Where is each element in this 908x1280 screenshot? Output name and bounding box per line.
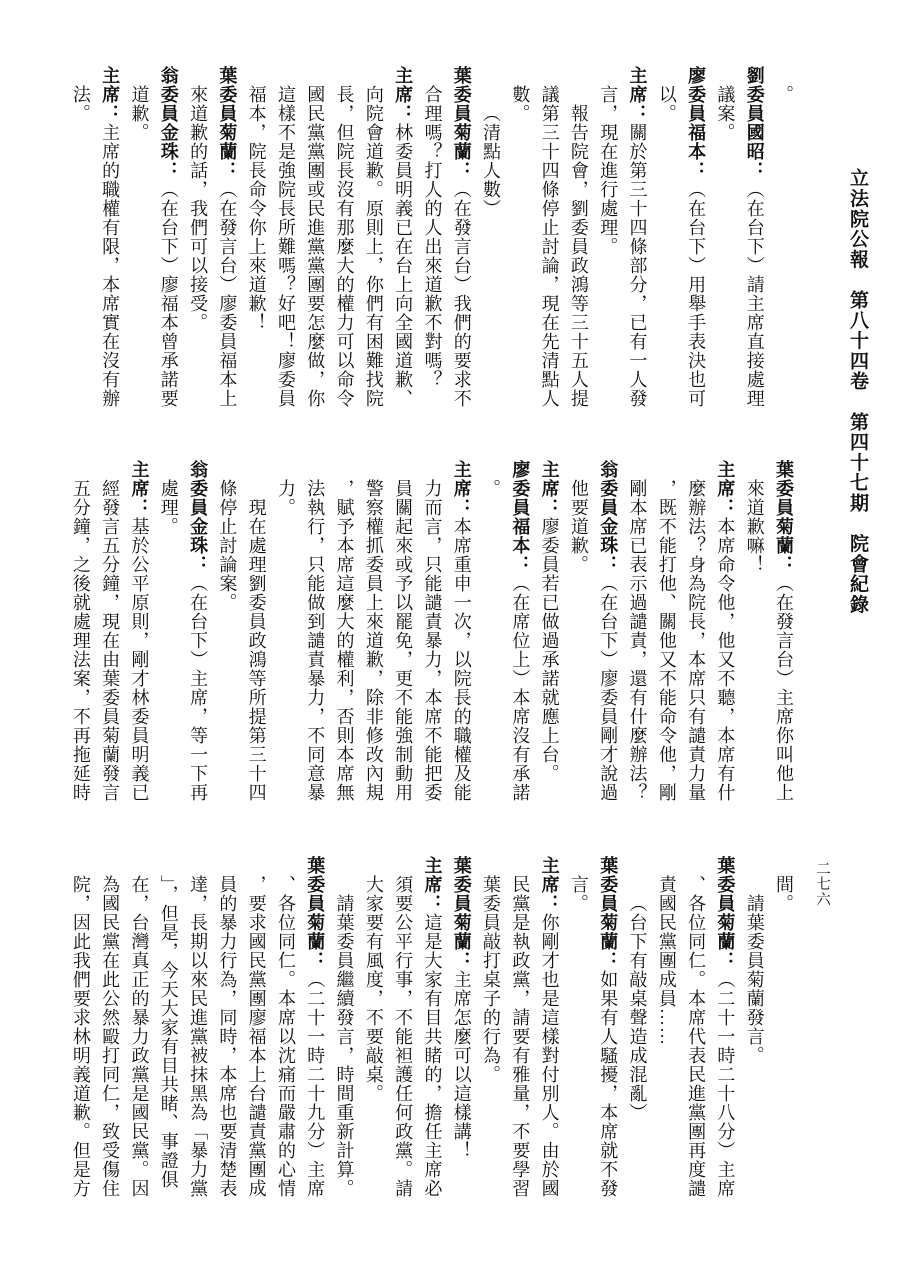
text-column: 翁委員金珠：（在台下）主席，等一下再	[183, 460, 212, 808]
speaker-name: 葉委員菊蘭：	[452, 856, 472, 970]
text-column: 五分鐘，之後就處理法案，不再拖延時	[66, 460, 95, 827]
text-column: 力而言，只能譴責暴力，本席不能把委	[417, 460, 446, 827]
text-column: 葉委員菊蘭：如果有人騷擾，本席就不發	[593, 856, 622, 1204]
text-column: 廖委員福本：（在台下）用舉手表決也可	[681, 66, 710, 414]
text-column: 處理。	[153, 460, 182, 827]
speaker-name: 廖委員福本：	[510, 460, 530, 574]
text-column: 主席：林委員明義已在台上向全國道歉、	[388, 66, 417, 414]
text-column: 。	[769, 66, 798, 433]
text-column: 葉委員菊蘭：（二十一時二十八分）主席	[710, 856, 739, 1204]
text-column: 法。	[66, 66, 95, 433]
speaker-name: 主席：	[628, 66, 648, 123]
text-column: 言，現在進行處理。	[593, 66, 622, 433]
text-column: 麼辦法？身為院長，本席只有譴責力量	[681, 460, 710, 827]
speaker-name: 葉委員菊蘭：	[217, 66, 237, 180]
text-column: 劉委員國昭：（在台下）請主席直接處理	[739, 66, 768, 414]
text-column: 在，台灣真正的暴力政黨是國民黨。因	[124, 856, 153, 1223]
text-column: 主席：主席的職權有限，本席實在沒有辦	[95, 66, 124, 414]
text-column: 向院會道歉。原則上，你們有困難找院	[359, 66, 388, 433]
speaker-name: 葉委員菊蘭：	[305, 856, 325, 970]
text-column: 條停止討論案。	[212, 460, 241, 827]
speaker-name: 主席：	[540, 460, 560, 517]
text-column: 葉委員敲打桌子的行為。	[476, 856, 505, 1223]
text-column: 達，長期以來民進黨被抹黑為「暴力黨	[183, 856, 212, 1223]
text-column: 員的暴力行為，同時，本席也要清楚表	[212, 856, 241, 1223]
text-column: 須要公平行事，不能袒護任何政黨。請	[388, 856, 417, 1223]
text-column: 間。	[769, 856, 798, 1223]
text-column: 主席：你剛才也是這樣對付別人。由於國	[534, 856, 563, 1204]
text-column: 、各位同仁。本席以沈痛而嚴肅的心情	[271, 856, 300, 1223]
speaker-name: 主席：	[129, 460, 149, 517]
text-column: 警察權抓委員上來道歉，除非修改內規	[359, 460, 388, 827]
text-column: 主席：本席命令他，他又不聽，本席有什	[710, 460, 739, 808]
text-column: 力。	[271, 460, 300, 827]
text-column: 請葉委員菊蘭發言。	[739, 856, 768, 1242]
text-column: 大家要有風度，不要敲桌。	[359, 856, 388, 1223]
text-column: （清點人數）	[476, 66, 505, 452]
text-column: 他要道歉。	[564, 460, 593, 827]
text-column: 議案。	[710, 66, 739, 433]
speaker-name: 主席：	[540, 856, 560, 913]
text-column: 」，但是，今天大家有目共睹、事證俱	[153, 856, 182, 1223]
text-column: 葉委員菊蘭：（在發言台）主席你叫他上	[769, 460, 798, 808]
text-column: 現在處理劉委員政鴻等所提第三十四	[241, 460, 270, 846]
text-column: 葉委員菊蘭：主席怎麼可以這樣講！	[446, 856, 475, 1204]
text-column: 請葉委員繼續發言，時間重新計算。	[329, 856, 358, 1242]
speaker-name: 葉委員菊蘭：	[774, 460, 794, 574]
speaker-name: 葉委員菊蘭：	[715, 856, 735, 970]
text-column: 道歉。	[124, 66, 153, 433]
speaker-name: 主席：	[422, 856, 442, 913]
text-column: 長，但院長沒有那麼大的權力可以命令	[329, 66, 358, 433]
text-column: 來道歉嘛！	[739, 460, 768, 827]
text-column: 主席：基於公平原則，剛才林委員明義已	[124, 460, 153, 808]
page-number: 二七六	[812, 861, 831, 907]
text-column: 議第三十四條停止討論，現在先清點人	[534, 66, 563, 433]
text-column: 翁委員金珠：（在台下）廖委員剛才說過	[593, 460, 622, 808]
text-column: 責國民黨團成員……	[652, 856, 681, 1223]
speaker-name: 主席：	[452, 460, 472, 517]
text-column: 為國民黨在此公然毆打同仁，致受傷住	[95, 856, 124, 1223]
text-band-top: 。劉委員國昭：（在台下）請主席直接處理議案。廖委員福本：（在台下）用舉手表決也可…	[64, 66, 798, 414]
text-column: 廖委員福本：（在席位上）本席沒有承諾	[505, 460, 534, 808]
speaker-name: 葉委員菊蘭：	[452, 66, 472, 180]
text-column: 福本，院長命令你上來道歉！	[241, 66, 270, 433]
text-column: 主席：關於第三十四條部分，已有一人發	[622, 66, 651, 414]
text-column: 以。	[652, 66, 681, 433]
gazette-page: 立法院公報 第八十四卷 第四十七期 院會紀錄 二七六 。劉委員國昭：（在台下）請…	[0, 0, 908, 1280]
running-header-title: 立法院公報 第八十四卷 第四十七期 院會紀錄	[844, 168, 871, 615]
text-column: 來道歉的話，我們可以接受。	[183, 66, 212, 433]
text-band-bottom: 間。請葉委員菊蘭發言。葉委員菊蘭：（二十一時二十八分）主席、各位同仁。本席代表民…	[64, 856, 798, 1204]
text-column: 合理嗎？打人的人出來道歉不對嗎？	[417, 66, 446, 433]
text-column: 國民黨黨團或民進黨黨團要怎麼做，你	[300, 66, 329, 433]
text-column: 剛本席已表示過譴責，還有什麼辦法？	[622, 460, 651, 827]
text-column: 這樣不是強院長所難嗎？好吧！廖委員	[271, 66, 300, 433]
speaker-name: 廖委員福本：	[686, 66, 706, 180]
text-column: 言。	[564, 856, 593, 1223]
speaker-name: 主席：	[393, 66, 413, 123]
speaker-name: 翁委員金珠：	[598, 460, 618, 574]
text-column: 葉委員菊蘭：（在發言台）廖委員福本上	[212, 66, 241, 414]
speaker-name: 主席：	[715, 460, 735, 517]
text-column: ，賦予本席這麼大的權利，否則本席無	[329, 460, 358, 827]
text-column: 員關起來或予以罷免，更不能強制動用	[388, 460, 417, 827]
text-column: ，要求國民黨團廖福本上台譴責黨團成	[241, 856, 270, 1223]
text-column: 經發言五分鐘，現在由葉委員菊蘭發言	[95, 460, 124, 827]
text-column: 、各位同仁。本席代表民進黨團再度譴	[681, 856, 710, 1223]
text-column: 翁委員金珠：（在台下）廖福本曾承諾要	[153, 66, 182, 414]
speaker-name: 翁委員金珠：	[188, 460, 208, 574]
text-column: 葉委員菊蘭：（在發言台）我們的要求不	[446, 66, 475, 414]
text-band-middle: 葉委員菊蘭：（在發言台）主席你叫他上來道歉嘛！主席：本席命令他，他又不聽，本席有…	[64, 460, 798, 808]
text-column: 院，因此我們要求林明義道歉。但是方	[66, 856, 95, 1223]
text-column: 主席：廖委員若已做過承諾就應上台。	[534, 460, 563, 808]
text-column: 法執行，只能做到譴責暴力，不同意暴	[300, 460, 329, 827]
text-column: 民黨是執政黨，請要有雅量，不要學習	[505, 856, 534, 1223]
speaker-name: 葉委員菊蘭：	[598, 856, 618, 970]
text-column: 主席：本席重申一次，以院長的職權及能	[446, 460, 475, 808]
text-column: ，既不能打他、關他又不能命令他，剛	[652, 460, 681, 827]
text-column: 葉委員菊蘭：（二十一時二十九分）主席	[300, 856, 329, 1204]
speaker-name: 翁委員金珠：	[159, 66, 179, 180]
text-column: （台下有敲桌聲造成混亂）	[622, 856, 651, 1242]
speaker-name: 劉委員國昭：	[745, 66, 765, 180]
text-column: 主席：這是大家有目共睹的，擔任主席必	[417, 856, 446, 1204]
speaker-name: 主席：	[100, 66, 120, 123]
text-column: 。	[476, 460, 505, 827]
text-column: 報告院會，劉委員政鴻等三十五人提	[564, 66, 593, 452]
text-column: 數。	[505, 66, 534, 433]
